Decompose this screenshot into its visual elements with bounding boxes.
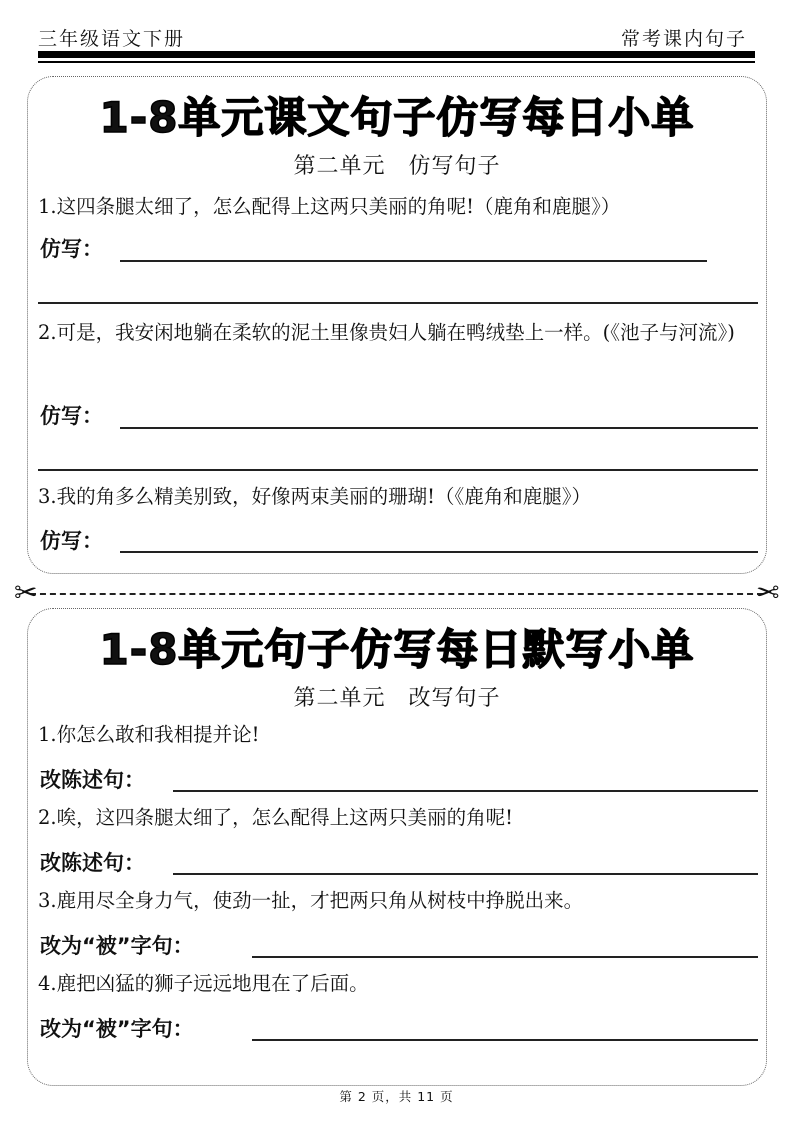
answer-line-4[interactable] <box>252 1039 758 1041</box>
header-right: 常考课内句子 <box>621 24 747 51</box>
question-2: 2.唉，这四条腿太细了，怎么配得上这两只美丽的角呢! <box>38 798 758 838</box>
header-left: 三年级语文下册 <box>38 24 185 51</box>
header-rule-thin <box>38 61 755 63</box>
answer-line-2a[interactable] <box>120 427 758 429</box>
card-title: 1-8单元课文句子仿写每日小单 <box>28 85 766 145</box>
answer-line-1[interactable] <box>173 790 758 792</box>
answer-line-3[interactable] <box>120 551 758 553</box>
answer-line-2b[interactable] <box>38 469 758 471</box>
answer-line-1b[interactable] <box>38 302 758 304</box>
answer-line-3[interactable] <box>252 956 758 958</box>
question-2: 2.可是，我安闲地躺在柔软的泥土里像贵妇人躺在鸭绒垫上一样。(《池子与河流》) <box>38 313 758 353</box>
answer-label-2: 仿写： <box>40 400 103 430</box>
answer-label-4: 改为“被”字句： <box>40 1013 194 1043</box>
worksheet-card-imitation: 1-8单元课文句子仿写每日小单 第二单元 仿写句子 1.这四条腿太细了，怎么配得… <box>27 76 767 574</box>
card-subtitle: 第二单元 仿写句子 <box>28 149 766 180</box>
scissors-icon-right: ✂ <box>756 579 779 607</box>
worksheet-card-rewrite: 1-8单元句子仿写每日默写小单 第二单元 改写句子 1.你怎么敢和我相提并论! … <box>27 608 767 1086</box>
question-4: 4.鹿把凶猛的狮子远远地甩在了后面。 <box>38 964 758 1004</box>
scissors-icon-left: ✂ <box>14 579 37 607</box>
cut-line <box>30 593 763 595</box>
page-number: 第 2 页，共 11 页 <box>0 1087 793 1105</box>
question-3: 3.鹿用尽全身力气，使劲一扯，才把两只角从树枝中挣脱出来。 <box>38 881 758 921</box>
header-rule-thick <box>38 51 755 58</box>
card-title: 1-8单元句子仿写每日默写小单 <box>28 617 766 677</box>
card-subtitle: 第二单元 改写句子 <box>28 681 766 712</box>
answer-label-1: 改陈述句： <box>40 764 145 794</box>
question-1: 1.你怎么敢和我相提并论! <box>38 715 758 755</box>
answer-label-3: 改为“被”字句： <box>40 930 194 960</box>
answer-label-1: 仿写： <box>40 233 103 263</box>
answer-label-2: 改陈述句： <box>40 847 145 877</box>
question-1: 1.这四条腿太细了，怎么配得上这两只美丽的角呢!（鹿角和鹿腿》） <box>38 187 758 227</box>
question-3: 3.我的角多么精美别致，好像两束美丽的珊瑚!（《鹿角和鹿腿》） <box>38 477 758 517</box>
answer-line-2[interactable] <box>173 873 758 875</box>
answer-label-3: 仿写： <box>40 525 103 555</box>
answer-line-1a[interactable] <box>120 260 707 262</box>
